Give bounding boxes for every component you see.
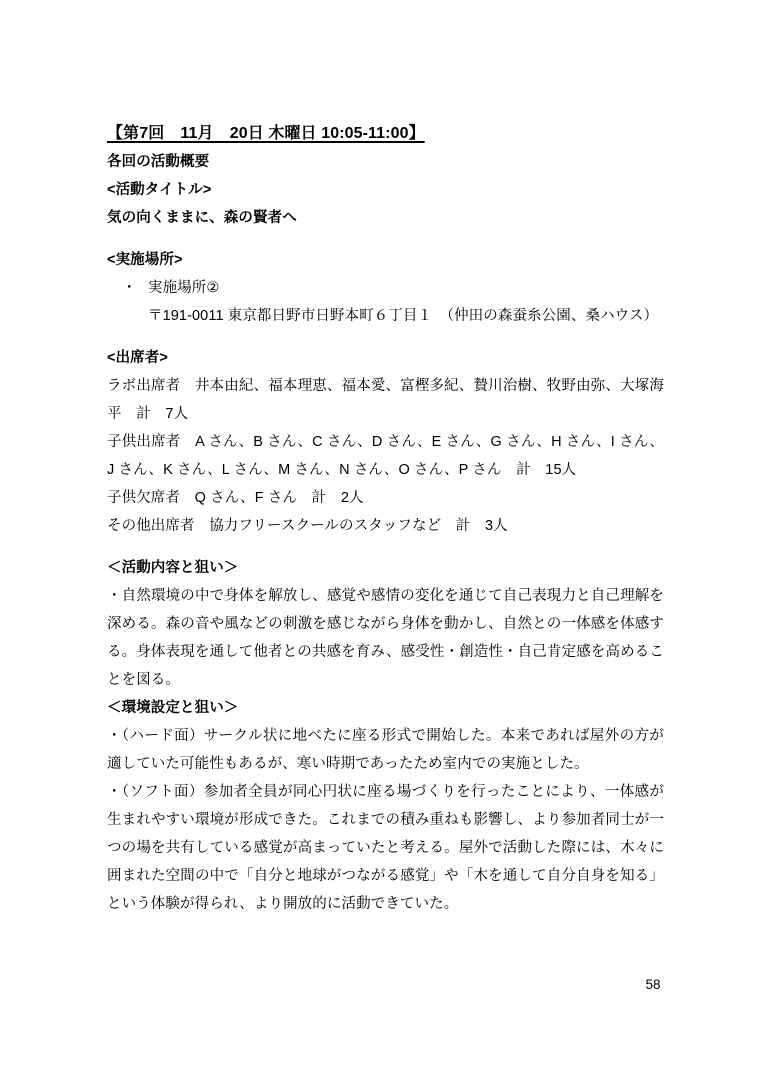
document-page: 【第7回 11月 20日 木曜日 10:05-11:00】 各回の活動概要 <活… (0, 0, 768, 1087)
location-section: <実施場所> ・ 実施場所② 〒191-0011 東京都日野市日野本町６丁目１ … (107, 246, 664, 330)
attendees-lab-line: ラボ出席者 井本由紀、福本理恵、福本愛、富樫多紀、贄川治樹、牧野由弥、大塚海平 … (107, 372, 664, 428)
bullet-glyph: ・ (122, 274, 148, 302)
environment-aim-section: ＜環境設定と狙い＞ ・（ハード面）サークル状に地べたに座る形式で開始した。本来で… (107, 694, 664, 918)
content-aim-body: ・自然環境の中で身体を解放し、感覚や感情の変化を通じて自己表現力と自己理解を深め… (107, 582, 664, 694)
location-name: 実施場所② (148, 274, 220, 302)
environment-soft-paragraph: ・（ソフト面）参加者全員が同心円状に座る場づくりを行ったことにより、一体感が生ま… (107, 778, 664, 918)
activity-title: 気の向くままに、森の賢者へ (107, 204, 664, 232)
attendees-heading: <出席者> (107, 344, 664, 372)
activity-title-heading: <活動タイトル> (107, 176, 664, 204)
environment-aim-heading: ＜環境設定と狙い＞ (107, 694, 664, 722)
attendees-children-line: 子供出席者 A さん、B さん、C さん、D さん、E さん、G さん、H さん… (107, 428, 664, 484)
location-address: 〒191-0011 東京都日野市日野本町６丁目１ （仲田の森蚕糸公園、桑ハウス） (148, 302, 664, 330)
attendees-section: <出席者> ラボ出席者 井本由紀、福本理恵、福本愛、富樫多紀、贄川治樹、牧野由弥… (107, 344, 664, 540)
environment-hard-paragraph: ・（ハード面）サークル状に地べたに座る形式で開始した。本来であれば屋外の方が適し… (107, 722, 664, 778)
location-heading: <実施場所> (107, 246, 664, 274)
overview-label: 各回の活動概要 (107, 148, 664, 176)
attendees-absent-line: 子供欠席者 Q さん、F さん 計 2人 (107, 484, 664, 512)
location-item: ・ 実施場所② (107, 274, 664, 302)
attendees-others-line: その他出席者 協力フリースクールのスタッフなど 計 3人 (107, 512, 664, 540)
report-content: 【第7回 11月 20日 木曜日 10:05-11:00】 各回の活動概要 <活… (107, 120, 664, 918)
page-number: 58 (641, 975, 665, 995)
session-title: 【第7回 11月 20日 木曜日 10:05-11:00】 (107, 120, 664, 148)
content-aim-heading: ＜活動内容と狙い＞ (107, 554, 664, 582)
content-aim-section: ＜活動内容と狙い＞ ・自然環境の中で身体を解放し、感覚や感情の変化を通じて自己表… (107, 554, 664, 694)
